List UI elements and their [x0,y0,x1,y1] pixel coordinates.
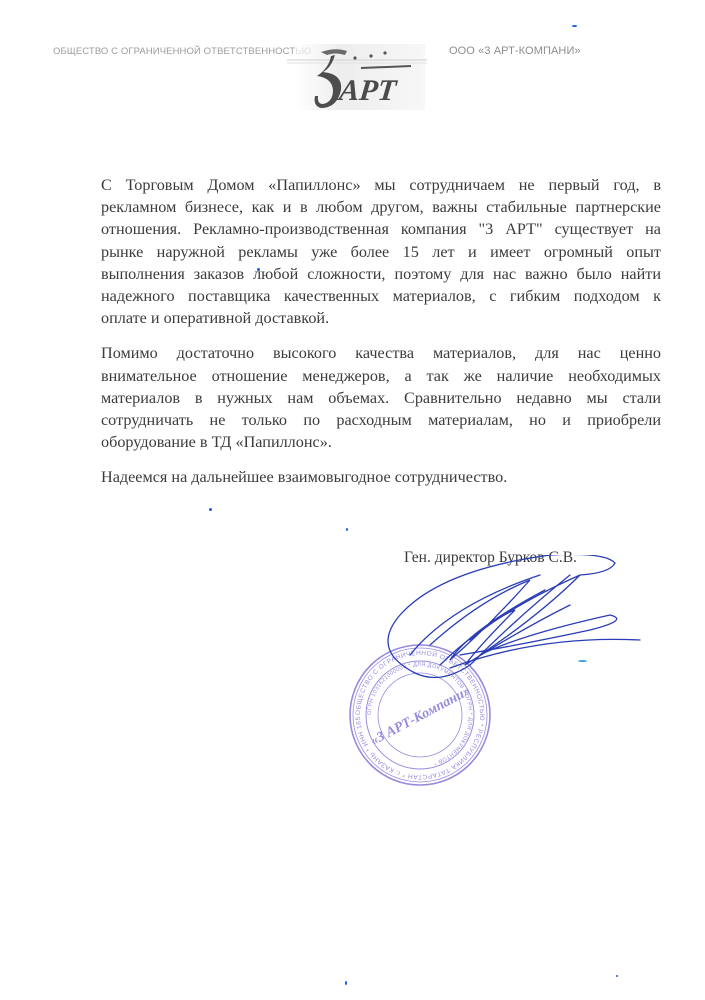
text-line: выполнения заказов любой сложности, поэт… [101,263,661,285]
text-line: оборудование в ТД «Папиллонс». [101,431,661,453]
company-logo: АРТ [287,38,427,116]
paragraph-1: С Торговым Домом «Папиллонс» мы сотрудни… [101,174,661,329]
ink-speck [209,508,212,511]
ink-speck [345,981,347,985]
letterhead-company-type: ОБЩЕСТВО С ОГРАНИЧЕННОЙ ОТВЕТСТВЕННОСТЬЮ [53,46,311,57]
paragraph-2: Помимо достаточно высокого качества мате… [101,342,661,453]
ink-speck [578,660,587,662]
letterhead-company-name: ООО «3 АРТ-КОМПАНИ» [449,45,581,57]
svg-text:АРТ: АРТ [336,73,400,107]
text-line: рекламном бизнесе, как и в любом другом,… [101,196,661,218]
text-line: Помимо достаточно высокого качества мате… [101,342,661,364]
text-line: отношения. Рекламно-производственная ком… [101,218,661,240]
text-line: надежного поставщика качественных матери… [101,285,661,307]
ink-speck [346,528,348,531]
paragraph-3: Надеемся на дальнейшее взаимовыгодное со… [101,466,661,488]
text-line: внимательное отношение менеджеров, а так… [101,365,661,387]
text-line: материалов в нужных нам объемах. Сравнит… [101,387,661,409]
text-line: Надеемся на дальнейшее взаимовыгодное со… [101,466,661,488]
text-line: С Торговым Домом «Папиллонс» мы сотрудни… [101,174,661,196]
ink-speck [616,975,618,977]
text-line: сотрудничать не только по расходным мате… [101,409,661,431]
text-line: оплате и оперативной доставкой. [101,307,661,329]
ink-speck [572,25,577,27]
handwritten-signature [370,555,670,705]
ink-speck [257,268,260,271]
text-line: рынке наружной рекламы уже более 15 лет … [101,241,661,263]
letter-body: С Торговым Домом «Папиллонс» мы сотрудни… [101,174,661,502]
